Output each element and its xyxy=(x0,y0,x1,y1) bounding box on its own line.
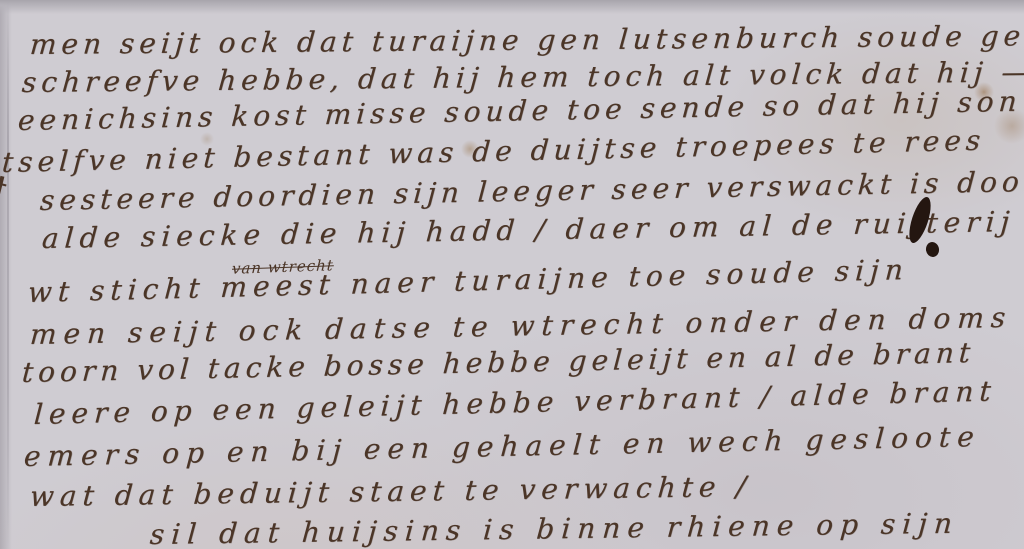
manuscript-line: emers op en bij een gehaelt en wech gesl… xyxy=(23,420,982,473)
manuscript-line: wat dat beduijt staet te verwachte / xyxy=(29,470,753,513)
fold-crease xyxy=(7,0,9,549)
manuscript-page: men seijt ock dat turaijne gen lutsenbur… xyxy=(0,0,1024,549)
manuscript-line: men seijt ock dat turaijne gen lutsenbur… xyxy=(29,19,1024,61)
ink-blot xyxy=(925,241,940,258)
manuscript-line: wt sticht meest naer turaijne toe soude … xyxy=(27,253,910,309)
manuscript-line: sil dat huijsins is binne rhiene op sijn xyxy=(149,507,960,549)
